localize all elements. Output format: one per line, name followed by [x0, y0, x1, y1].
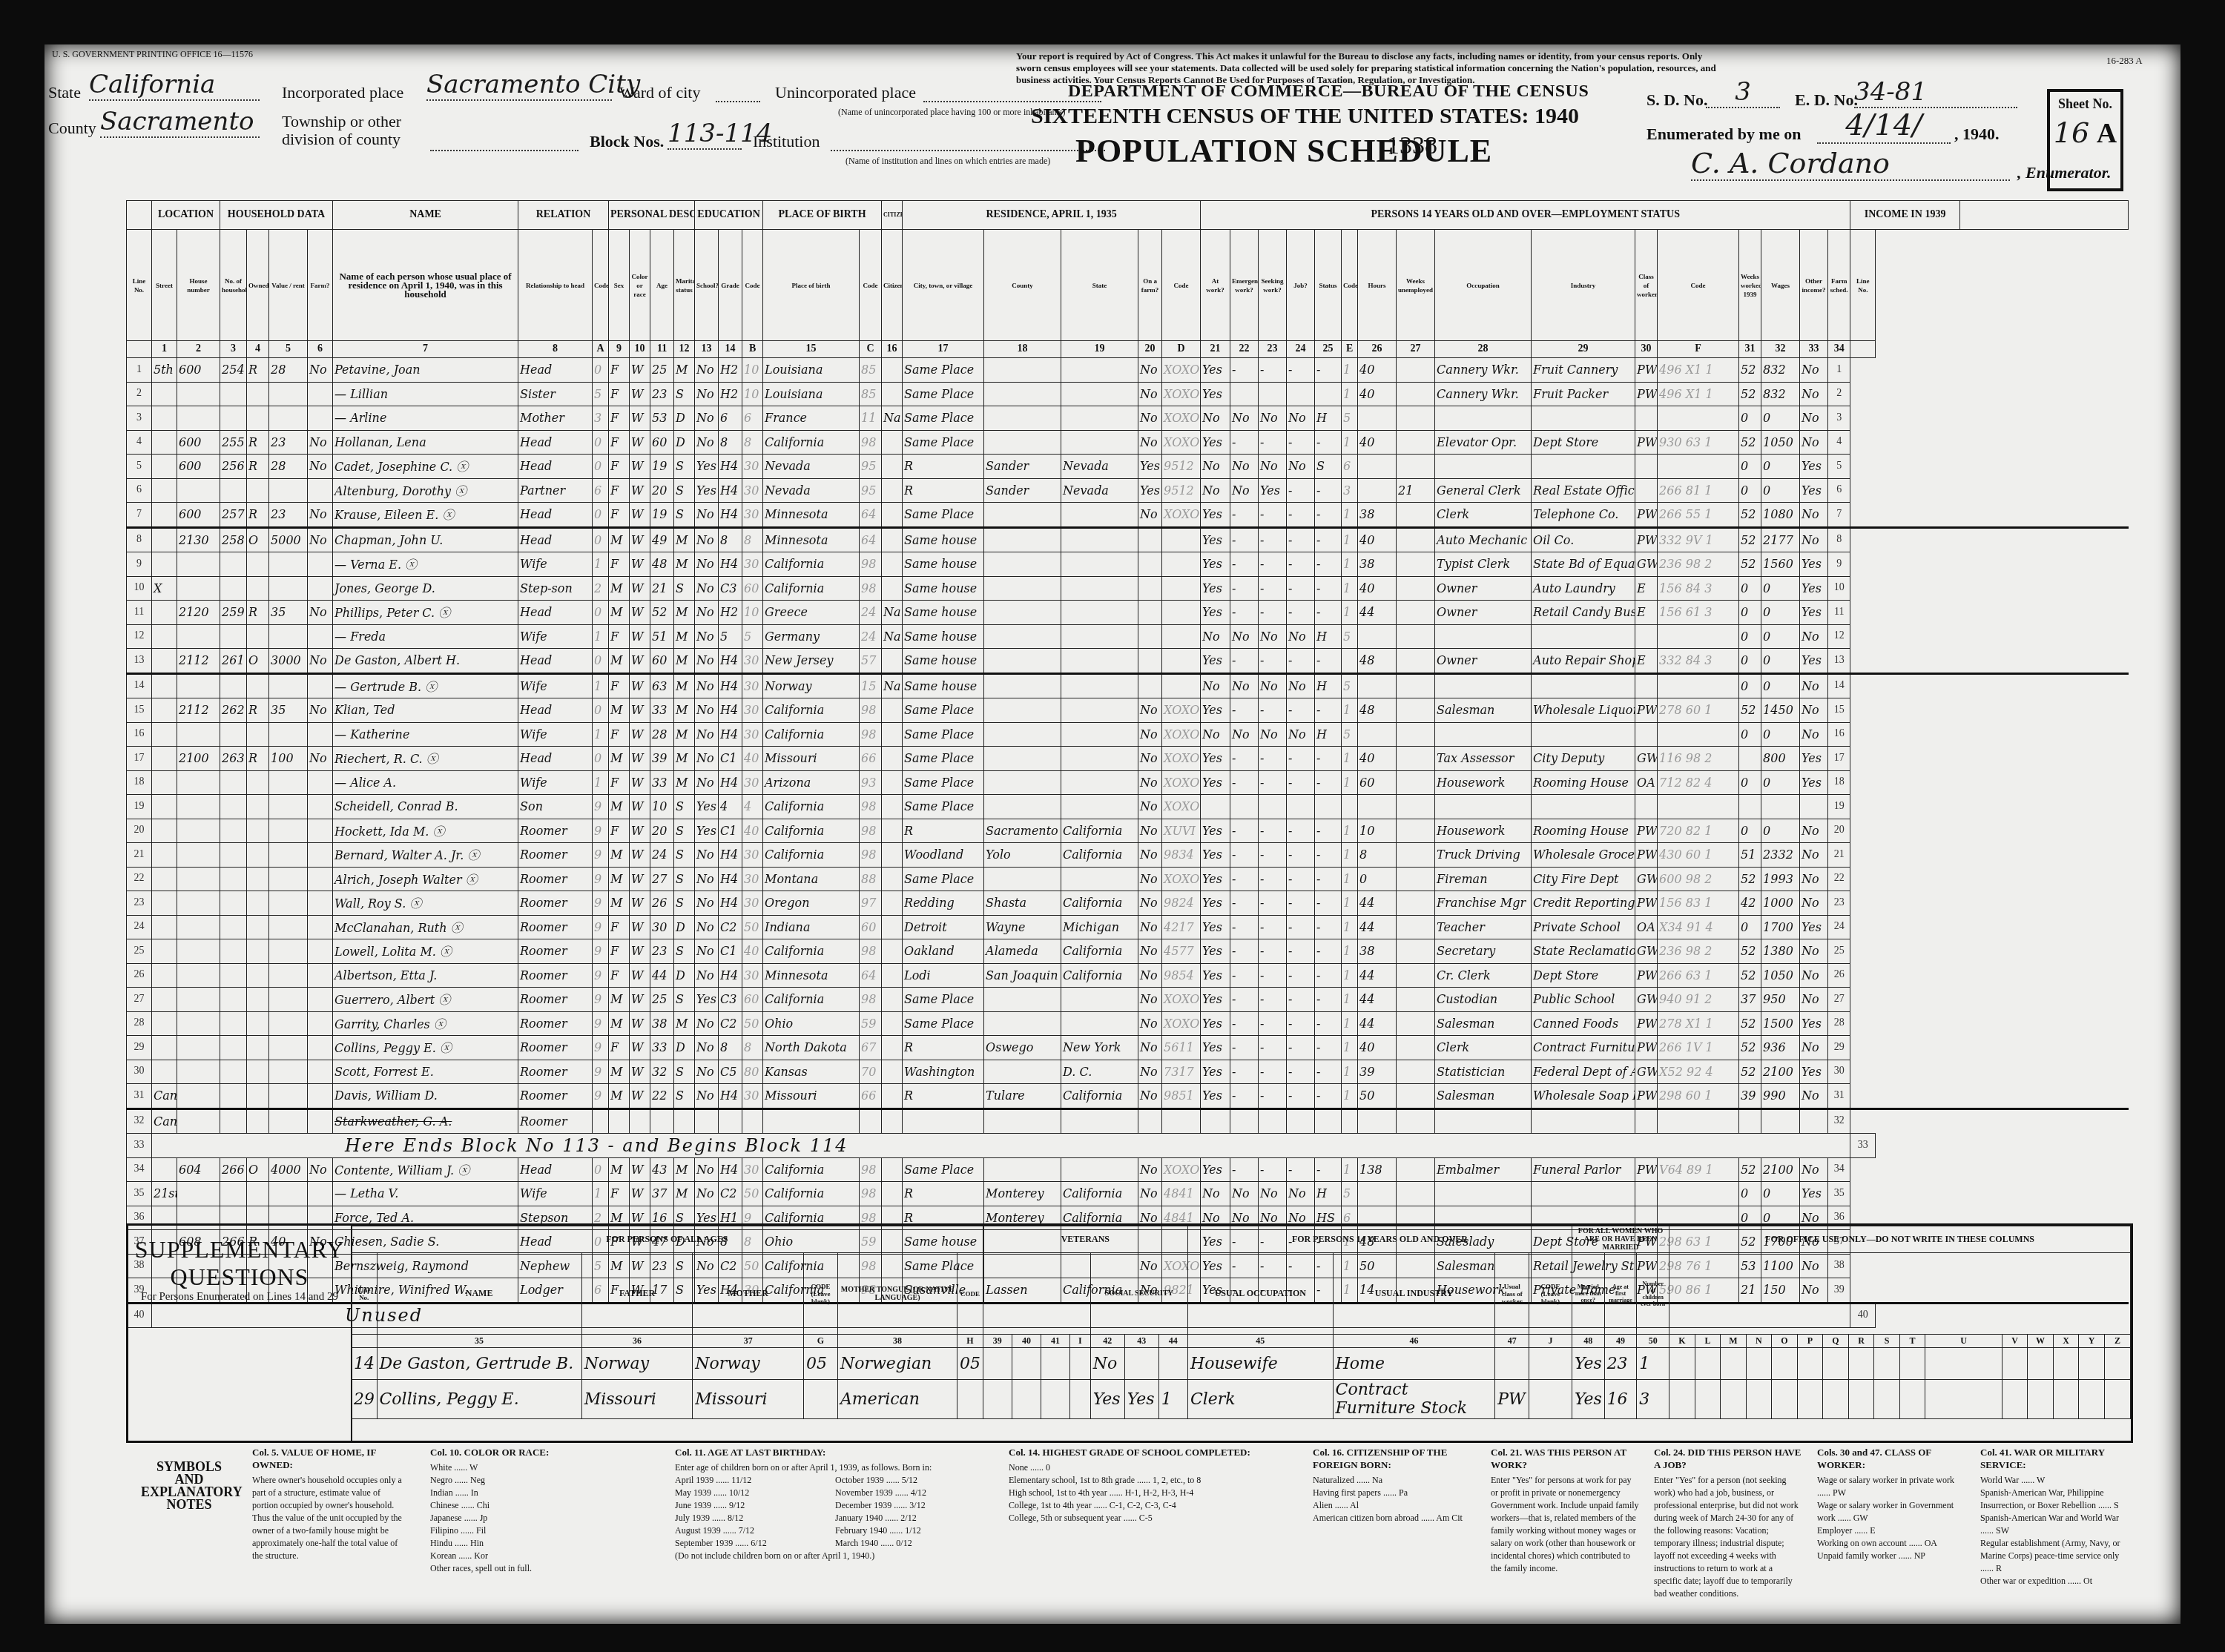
cell-a: 0 — [593, 747, 609, 771]
column-header: Code — [860, 230, 882, 341]
cell-age: 44 — [650, 963, 674, 988]
supp-cell-c41 — [1041, 1380, 1069, 1419]
supp-cell-c39 — [983, 1348, 1012, 1380]
cell-other: No — [1800, 843, 1828, 868]
cell-name: Starkweather, G. A. — [333, 1109, 518, 1134]
cell-name: — Gertrude B. ⓧ — [333, 673, 518, 698]
cell-race: W — [630, 915, 650, 939]
cell-c25: - — [1315, 1036, 1342, 1060]
cell-d: 9824 — [1162, 891, 1201, 916]
cell-c22: - — [1230, 601, 1259, 625]
cell-c25: - — [1315, 503, 1342, 528]
cell-c: 67 — [860, 1036, 882, 1060]
cell-rel: Son — [518, 795, 593, 819]
note-col30: Cols. 30 and 47. CLASS OF WORKER:Wage or… — [1817, 1446, 1965, 1562]
supp-office-cell — [2104, 1380, 2130, 1419]
supp-colnum: I — [1070, 1335, 1091, 1348]
supp-colnum: U — [1925, 1335, 2002, 1348]
cell-street — [152, 795, 177, 819]
cell-c24: - — [1287, 747, 1315, 771]
population-table: LOCATION HOUSEHOLD DATA NAME RELATION PE… — [126, 200, 2129, 1328]
cell-c21: Yes — [1201, 552, 1230, 577]
cell-street — [152, 867, 177, 891]
line-number-right: 30 — [1828, 1060, 1850, 1084]
cell-ind: City Fire Dept — [1532, 867, 1635, 891]
form-number: 16-283 A — [2106, 55, 2143, 67]
cell-mar: S — [674, 939, 695, 964]
cell-hours: 44 — [1358, 891, 1397, 916]
cell-c23: - — [1259, 698, 1287, 723]
cell-wk27 — [1397, 1011, 1435, 1036]
group-income: INCOME IN 1939 — [1850, 201, 1960, 230]
cell-grade: H4 — [719, 649, 742, 674]
cell-city: Same Place — [903, 430, 984, 455]
cell-wages: 2100 — [1761, 1157, 1800, 1182]
supp-office-cell — [1669, 1348, 1695, 1380]
cell-value: 100 — [269, 747, 308, 771]
cell-weeks: 0 — [1739, 673, 1761, 698]
supp-colnum: Z — [2104, 1335, 2130, 1348]
cell-grade: H4 — [719, 1157, 742, 1182]
cell-cit — [882, 1109, 903, 1134]
cell-hours: 48 — [1358, 698, 1397, 723]
cell-hours — [1358, 624, 1397, 649]
cell-c24: - — [1287, 358, 1315, 383]
column-header: Name of each person whose usual place of… — [333, 230, 518, 341]
cell-wages: 0 — [1761, 601, 1800, 625]
column-header: At work? — [1201, 230, 1230, 341]
cell-house — [177, 382, 220, 406]
cell-city: Same house — [903, 552, 984, 577]
cell-onfarm: No — [1138, 358, 1162, 383]
cell-onfarm: No — [1138, 988, 1162, 1012]
cell-other: Yes — [1800, 552, 1828, 577]
note-item: Japanese ...... Jp — [430, 1512, 653, 1524]
cell-c22: No — [1230, 722, 1259, 747]
cell-age: 25 — [650, 358, 674, 383]
cell-b: 30 — [742, 770, 763, 795]
line-number: 6 — [127, 478, 152, 503]
cell-c22: No — [1230, 1182, 1259, 1206]
cell-e — [1342, 795, 1358, 819]
line-number: 22 — [127, 867, 152, 891]
cell-value — [269, 478, 308, 503]
cell-wk27 — [1397, 819, 1435, 843]
column-number: 2 — [177, 341, 220, 358]
note-item: November 1939 ...... 4/12 — [835, 1487, 986, 1499]
supp-h-age-first-marriage: Age at first marriage — [1604, 1253, 1637, 1335]
note-item: World War ...... W — [1980, 1474, 2121, 1487]
cell-cls — [1635, 478, 1658, 503]
supp-office-cell — [1772, 1348, 1798, 1380]
cell-c21: Yes — [1201, 1036, 1230, 1060]
cell-c25: - — [1315, 1011, 1342, 1036]
cell-street — [152, 915, 177, 939]
cell-grade: 4 — [719, 795, 742, 819]
cell-b: 30 — [742, 891, 763, 916]
cell-street — [152, 382, 177, 406]
cell-c25: - — [1315, 1157, 1342, 1182]
column-number — [127, 341, 152, 358]
cell-street: X — [152, 576, 177, 601]
line-number: 11 — [127, 601, 152, 625]
cell-street — [152, 988, 177, 1012]
cell-sex: F — [609, 624, 630, 649]
line-number-right: 14 — [1828, 673, 1850, 698]
supp-colnum: 46 — [1333, 1335, 1495, 1348]
cell-b: 60 — [742, 988, 763, 1012]
cell-sch: No — [695, 624, 719, 649]
cell-c: 98 — [860, 1182, 882, 1206]
cell-wages: 1050 — [1761, 430, 1800, 455]
cell-hh — [220, 988, 247, 1012]
supp-cell-c50: 3 — [1637, 1380, 1669, 1419]
cell-mar: M — [674, 649, 695, 674]
cell-cit — [882, 1084, 903, 1109]
cell-farm: No — [308, 358, 333, 383]
cell-age: 33 — [650, 698, 674, 723]
column-number: 22 — [1230, 341, 1259, 358]
supp-h-code-j: CODE (Leave blank) — [1529, 1253, 1572, 1335]
cell-f: 298 60 1 — [1658, 1084, 1739, 1109]
cell-wk27 — [1397, 915, 1435, 939]
line-number-right: 26 — [1828, 963, 1850, 988]
cell-cit — [882, 527, 903, 552]
supp-group-all-ages: FOR PERSONS OF ALL AGES — [352, 1226, 983, 1253]
cell-onfarm: No — [1138, 963, 1162, 988]
cell-c23: - — [1259, 601, 1287, 625]
cell-wk27 — [1397, 576, 1435, 601]
cell-other: Yes — [1800, 770, 1828, 795]
cell-grade: H4 — [719, 722, 742, 747]
column-number: D — [1162, 341, 1201, 358]
township-label: Township or other division of county — [282, 113, 430, 148]
cell-e: 5 — [1342, 1182, 1358, 1206]
note-item: December 1939 ...... 3/12 — [835, 1499, 986, 1512]
note-item: May 1939 ...... 10/12 — [675, 1487, 826, 1499]
cell-farm — [308, 406, 333, 431]
cell-birth: Germany — [763, 624, 860, 649]
cell-sex: F — [609, 430, 630, 455]
cell-wages: 0 — [1761, 673, 1800, 698]
cell-c25: H — [1315, 1182, 1342, 1206]
cell-farm — [308, 963, 333, 988]
line-number: 2 — [127, 382, 152, 406]
cell-hh — [220, 770, 247, 795]
incorporated-place-value: Sacramento City — [426, 70, 612, 101]
cell-rel: Mother — [518, 406, 593, 431]
cell-cls: E — [1635, 576, 1658, 601]
supp-body: 14De Gaston, Gertrude B.NorwayNorway05No… — [352, 1348, 2131, 1419]
cell-value — [269, 819, 308, 843]
cell-house — [177, 1182, 220, 1206]
cell-b: 50 — [742, 915, 763, 939]
cell-cls — [1635, 406, 1658, 431]
line-number-right: 16 — [1828, 722, 1850, 747]
cell-weeks: 52 — [1739, 963, 1761, 988]
cell-hh — [220, 382, 247, 406]
cell-wages: 1380 — [1761, 939, 1800, 964]
cell-weeks — [1739, 795, 1761, 819]
cell-ind — [1532, 455, 1635, 479]
department-title: DEPARTMENT OF COMMERCE—BUREAU OF THE CEN… — [1068, 82, 1589, 102]
cell-race: W — [630, 430, 650, 455]
cell-c24: - — [1287, 891, 1315, 916]
cell-own — [247, 770, 269, 795]
cell-c22: - — [1230, 891, 1259, 916]
supp-colnum: 38 — [837, 1335, 957, 1348]
cell-cit — [882, 1182, 903, 1206]
cell-wk27 — [1397, 552, 1435, 577]
cell-grade: 8 — [719, 430, 742, 455]
supp-colnum: S — [1874, 1335, 1900, 1348]
cell-c25: - — [1315, 601, 1342, 625]
cell-house — [177, 552, 220, 577]
cell-sex: F — [609, 939, 630, 964]
cell-d: XOXO — [1162, 406, 1201, 431]
cell-c23: - — [1259, 963, 1287, 988]
column-number: 1 — [152, 341, 177, 358]
cell-grade: C3 — [719, 576, 742, 601]
cell-name: McClanahan, Ruth ⓧ — [333, 915, 518, 939]
cell-c21: Yes — [1201, 915, 1230, 939]
cell-grade: 8 — [719, 527, 742, 552]
cell-c24: No — [1287, 1182, 1315, 1206]
cell-c22: No — [1230, 406, 1259, 431]
cell-c25: - — [1315, 1060, 1342, 1084]
cell-c23 — [1259, 1109, 1287, 1134]
supp-office-cell — [1746, 1348, 1772, 1380]
cell-b: 40 — [742, 747, 763, 771]
cell-d: XOXO — [1162, 722, 1201, 747]
cell-b: 60 — [742, 576, 763, 601]
cell-own — [247, 1036, 269, 1060]
supp-h-father: FATHER — [581, 1253, 693, 1335]
cell-city: Same Place — [903, 988, 984, 1012]
column-number: 14 — [719, 341, 742, 358]
column-header: Occupation — [1435, 230, 1532, 341]
cell-sex: F — [609, 406, 630, 431]
cell-city: Woodland — [903, 843, 984, 868]
cell-state: California — [1061, 843, 1138, 868]
cell-cls: PW — [1635, 698, 1658, 723]
note-item: College, 5th or subsequent year ...... C… — [1009, 1512, 1290, 1524]
cell-race: W — [630, 819, 650, 843]
cell-age: 19 — [650, 455, 674, 479]
cell-house — [177, 819, 220, 843]
cell-occ: Housework — [1435, 770, 1532, 795]
cell-city: Same house — [903, 624, 984, 649]
note-item: Naturalized ...... Na — [1313, 1474, 1476, 1487]
supp-office-cell — [2079, 1380, 2105, 1419]
cell-wages: 1450 — [1761, 698, 1800, 723]
cell-c21: No — [1201, 722, 1230, 747]
cell-weeks — [1739, 747, 1761, 771]
cell-city: Same house — [903, 527, 984, 552]
supp-cell-c40 — [1012, 1348, 1041, 1380]
cell-c24: - — [1287, 478, 1315, 503]
cell-cit — [882, 478, 903, 503]
cell-mar: S — [674, 478, 695, 503]
supp-title: SUPPLEMENTARY QUESTIONS — [128, 1236, 351, 1291]
table-row: 33Here Ends Block No 113 - and Begins Bl… — [127, 1134, 2129, 1158]
supp-colnum: 48 — [1572, 1335, 1604, 1348]
note-item: August 1939 ...... 7/12 — [675, 1524, 826, 1537]
table-row: 30Scott, Forrest E.Roomer9MW32SNoC580Kan… — [127, 1060, 2129, 1084]
cell-cit — [882, 455, 903, 479]
supp-cell-code_g — [803, 1380, 837, 1419]
cell-f: 156 83 1 — [1658, 891, 1739, 916]
cell-name: Contente, William J. ⓧ — [333, 1157, 518, 1182]
cell-house: 600 — [177, 455, 220, 479]
supp-office-cell — [2053, 1348, 2079, 1380]
cell-sex: F — [609, 358, 630, 383]
cell-house — [177, 1036, 220, 1060]
cell-sch: No — [695, 747, 719, 771]
cell-b: 30 — [742, 843, 763, 868]
supp-h-name: NAME — [377, 1253, 581, 1335]
line-number: 3 — [127, 406, 152, 431]
cell-c24: - — [1287, 819, 1315, 843]
supp-office-cell — [1695, 1348, 1721, 1380]
cell-rel: Head — [518, 1157, 593, 1182]
cell-street — [152, 722, 177, 747]
cell-age: 38 — [650, 1011, 674, 1036]
enumerated-label: Enumerated by me on — [1646, 125, 1801, 144]
cell-onfarm: No — [1138, 698, 1162, 723]
cell-wages: 0 — [1761, 819, 1800, 843]
cell-grade: 5 — [719, 624, 742, 649]
cell-e: 1 — [1342, 601, 1358, 625]
cell-street — [152, 698, 177, 723]
cell-name: — Freda — [333, 624, 518, 649]
cell-grade: H4 — [719, 843, 742, 868]
cell-c23: No — [1259, 624, 1287, 649]
cell-wages: 1993 — [1761, 867, 1800, 891]
supp-colnum: 40 — [1012, 1335, 1041, 1348]
supp-office-cell — [1772, 1380, 1798, 1419]
county-label: County — [48, 119, 96, 138]
cell-race: W — [630, 601, 650, 625]
cell-cls: PW — [1635, 963, 1658, 988]
cell-birth: Ohio — [763, 1011, 860, 1036]
cell-f: 496 X1 1 — [1658, 382, 1739, 406]
column-header: Seeking work? — [1259, 230, 1287, 341]
cell-onfarm — [1138, 649, 1162, 674]
cell-sex: F — [609, 1182, 630, 1206]
cell-e: 1 — [1342, 867, 1358, 891]
cell-hours: 40 — [1358, 576, 1397, 601]
cell-c22 — [1230, 1109, 1259, 1134]
line-number-right: 2 — [1828, 382, 1850, 406]
form-header: U. S. GOVERNMENT PRINTING OFFICE 16—1157… — [44, 44, 2180, 193]
cell-b: 4 — [742, 795, 763, 819]
supp-office-cell — [1874, 1380, 1900, 1419]
cell-county: San Joaquin — [984, 963, 1061, 988]
supp-colnum: K — [1669, 1335, 1695, 1348]
cell-sch: No — [695, 915, 719, 939]
ward-value — [716, 83, 760, 102]
cell-state — [1061, 770, 1138, 795]
cell-rel: Roomer — [518, 988, 593, 1012]
cell-state — [1061, 527, 1138, 552]
cell-c24: - — [1287, 770, 1315, 795]
cell-c: 98 — [860, 819, 882, 843]
line-number: 19 — [127, 795, 152, 819]
cell-onfarm: No — [1138, 795, 1162, 819]
cell-hh: 266 — [220, 1157, 247, 1182]
cell-county — [984, 867, 1061, 891]
cell-c23: - — [1259, 747, 1287, 771]
cell-cls: PW — [1635, 891, 1658, 916]
column-number: 32 — [1761, 341, 1800, 358]
cell-hh — [220, 795, 247, 819]
cell-b: 30 — [742, 1157, 763, 1182]
note-item: High school, 1st to 4th year ...... H-1,… — [1009, 1487, 1290, 1499]
supp-cell-c40 — [1012, 1380, 1041, 1419]
cell-state — [1061, 358, 1138, 383]
table-row: 28Garrity, Charles ⓧRoomer9MW38MNoC250Oh… — [127, 1011, 2129, 1036]
cell-city: Washington — [903, 1060, 984, 1084]
supp-cell-c50: 1 — [1637, 1348, 1669, 1380]
cell-city: Same Place — [903, 747, 984, 771]
supp-office-cell — [2002, 1348, 2028, 1380]
supp-cell-occ: Clerk — [1187, 1380, 1333, 1419]
cell-grade: H4 — [719, 478, 742, 503]
supp-line: 29 — [352, 1380, 378, 1419]
cell-race: W — [630, 649, 650, 674]
supp-cell-mother: Norway — [693, 1348, 804, 1380]
cell-mar: M — [674, 1157, 695, 1182]
table-row: 27Guerrero, Albert ⓧRoomer9MW25SYesC360C… — [127, 988, 2129, 1012]
cell-mar: S — [674, 819, 695, 843]
line-number: 5 — [127, 455, 152, 479]
cell-rel: Wife — [518, 1182, 593, 1206]
table-row: 26Albertson, Etta J.Roomer9FW44DNoH430Mi… — [127, 963, 2129, 988]
cell-birth: Missouri — [763, 1084, 860, 1109]
cell-wk27 — [1397, 527, 1435, 552]
table-body: 15th600254R28NoPetavine, JoanHead0FW25MN… — [127, 358, 2129, 1328]
cell-city: Detroit — [903, 915, 984, 939]
cell-wk27 — [1397, 843, 1435, 868]
cell-a: 1 — [593, 1182, 609, 1206]
cell-weeks — [1739, 1109, 1761, 1134]
cell-house — [177, 939, 220, 964]
cell-weeks: 0 — [1739, 624, 1761, 649]
cell-other: No — [1800, 988, 1828, 1012]
cell-state — [1061, 1109, 1138, 1134]
state-value: California — [89, 70, 260, 101]
cell-value — [269, 963, 308, 988]
cell-mar: D — [674, 406, 695, 431]
line-number-right: 35 — [1828, 1182, 1850, 1206]
cell-weeks: 52 — [1739, 527, 1761, 552]
cell-own — [247, 1182, 269, 1206]
cell-own: R — [247, 358, 269, 383]
cell-b: 10 — [742, 358, 763, 383]
cell-race: W — [630, 988, 650, 1012]
cell-f — [1658, 673, 1739, 698]
cell-name: Altenburg, Dorothy ⓧ — [333, 478, 518, 503]
supp-h-mother: MOTHER — [693, 1253, 804, 1335]
cell-own — [247, 915, 269, 939]
cell-mar: S — [674, 891, 695, 916]
cell-state: California — [1061, 1084, 1138, 1109]
cell-own — [247, 1011, 269, 1036]
cell-hours: 38 — [1358, 939, 1397, 964]
note-item: Wage or salary worker in private work ..… — [1817, 1474, 1965, 1499]
cell-farm — [308, 843, 333, 868]
